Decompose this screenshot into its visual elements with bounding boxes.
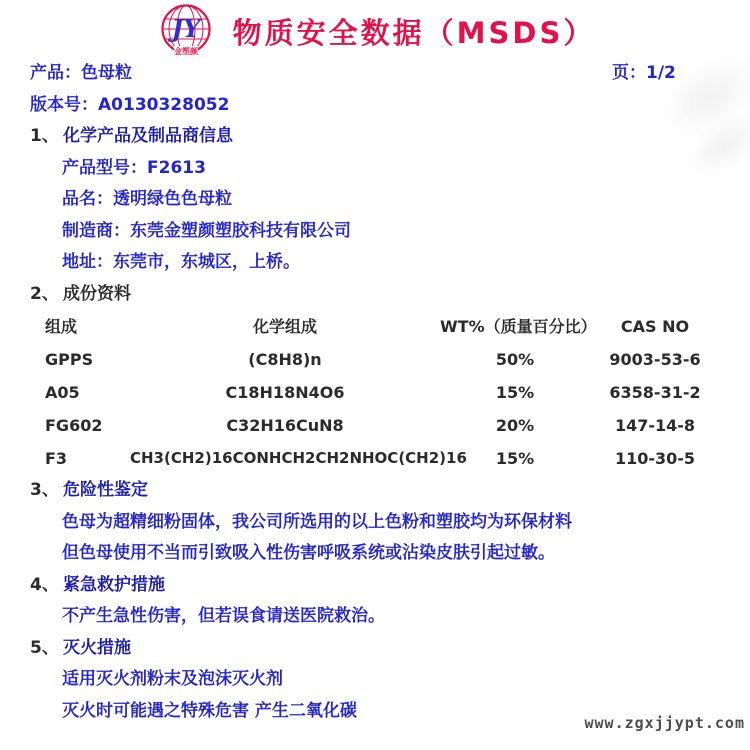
cell-wt-percent: 50%: [440, 343, 590, 376]
cell-cas-no: 6358-31-2: [590, 376, 720, 409]
section-5-heading: 5、灭火措施: [30, 633, 720, 665]
address-line: 地址：东莞市，东城区，上桥。: [30, 247, 720, 279]
manufacturer-line: 制造商：东莞金塑颜塑胶科技有限公司: [30, 216, 720, 248]
table-row: FG602 C32H16CuN8 20% 147-14-8: [30, 409, 720, 442]
site-watermark: www.zgxjjypt.com: [585, 714, 746, 732]
logo-initials: JY: [167, 14, 202, 43]
section-hazard-identification: 3、危险性鉴定 色母为超精细粉固体，我公司所选用的以上色粉和塑胶均为环保材料 但…: [0, 475, 750, 570]
cell-chemical: C32H16CuN8: [130, 409, 440, 442]
cell-wt-percent: 15%: [440, 376, 590, 409]
section-3-title: 危险性鉴定: [63, 480, 148, 500]
cell-wt-percent: 20%: [440, 409, 590, 442]
section-first-aid: 4、紧急救护措施 不产生急性伤害，但若误食请送医院救治。: [0, 570, 750, 633]
cell-component: GPPS: [30, 343, 130, 376]
section-3-heading: 3、危险性鉴定: [30, 475, 720, 507]
company-logo-icon: JY 金塑颜: [155, 3, 217, 59]
page-indicator: 页：1/2: [612, 58, 676, 90]
cell-component: F3: [30, 442, 130, 475]
section-4-title: 紧急救护措施: [63, 575, 165, 595]
cell-chemical: C18H18N4O6: [130, 376, 440, 409]
cell-chemical: (C8H8)n: [130, 343, 440, 376]
section-manufacturer-info: 1、化学产品及制品商信息 产品型号：F2613 品名：透明绿色色母粒 制造商：东…: [0, 121, 750, 279]
logo-subtext: 金塑颜: [174, 46, 199, 56]
cell-cas-no: 9003-53-6: [590, 343, 720, 376]
cell-component: FG602: [30, 409, 130, 442]
hazard-line: 色母为超精细粉固体，我公司所选用的以上色粉和塑胶均为环保材料: [30, 507, 720, 539]
section-4-heading: 4、紧急救护措施: [30, 570, 720, 602]
product-name-line: 品名：透明绿色色母粒: [30, 184, 720, 216]
table-row: A05 C18H18N4O6 15% 6358-31-2: [30, 376, 720, 409]
cell-wt-percent: 15%: [440, 442, 590, 475]
product-model-line: 产品型号：F2613: [30, 153, 720, 185]
cell-cas-no: 110-30-5: [590, 442, 720, 475]
section-5-title: 灭火措施: [63, 638, 131, 658]
product-label: 产品：色母粒: [30, 63, 132, 83]
col-header-component: 组成: [30, 310, 130, 343]
table-row: F3 CH3(CH2)16CONHCH2CH2NHOC(CH2)16 15% 1…: [30, 442, 720, 475]
page-title: 物质安全数据（MSDS）: [233, 11, 596, 52]
col-header-cas-no: CAS NO: [590, 310, 720, 343]
first-aid-line: 不产生急性伤害，但若误食请送医院救治。: [30, 601, 720, 633]
fire-fighting-line: 适用灭火剂粉末及泡沫灭火剂: [30, 664, 720, 696]
section-1-number: 1、: [30, 121, 63, 153]
table-row: GPPS (C8H8)n 50% 9003-53-6: [30, 343, 720, 376]
version-label: 版本号：A0130328052: [30, 95, 229, 115]
col-header-wt-percent: WT%（质量百分比）: [440, 310, 590, 343]
cell-chemical: CH3(CH2)16CONHCH2CH2NHOC(CH2)16: [130, 442, 440, 475]
section-composition: 2、成份资料 组成 化学组成 WT%（质量百分比） CAS NO GPPS (C…: [0, 279, 750, 476]
version-row: 版本号：A0130328052: [30, 90, 720, 122]
cell-cas-no: 147-14-8: [590, 409, 720, 442]
hazard-line: 但色母使用不当而引致吸入性伤害呼吸系统或沾染皮肤引起过敏。: [30, 538, 720, 570]
section-2-number: 2、: [30, 279, 63, 311]
section-5-number: 5、: [30, 633, 63, 665]
section-1-title: 化学产品及制品商信息: [63, 126, 233, 146]
globe-logo-icon: JY 金塑颜: [155, 3, 217, 59]
section-4-number: 4、: [30, 570, 63, 602]
col-header-chemical: 化学组成: [130, 310, 440, 343]
section-fire-fighting: 5、灭火措施 适用灭火剂粉末及泡沫灭火剂 灭火时可能遇之特殊危害 产生二氧化碳: [0, 633, 750, 728]
section-2-heading: 2、成份资料: [30, 279, 720, 311]
section-3-number: 3、: [30, 475, 63, 507]
section-1-heading: 1、化学产品及制品商信息: [30, 121, 720, 153]
section-2-title: 成份资料: [63, 284, 131, 304]
composition-table-header-row: 组成 化学组成 WT%（质量百分比） CAS NO: [30, 310, 720, 343]
cell-component: A05: [30, 376, 130, 409]
composition-table: 组成 化学组成 WT%（质量百分比） CAS NO GPPS (C8H8)n 5…: [30, 310, 720, 475]
meta-row: 产品：色母粒 页：1/2: [30, 58, 720, 90]
document-header: JY 金塑颜 物质安全数据（MSDS）: [0, 0, 750, 58]
msds-document: JY 金塑颜 物质安全数据（MSDS） 产品：色母粒 页：1/2 版本号：A01…: [0, 0, 750, 750]
